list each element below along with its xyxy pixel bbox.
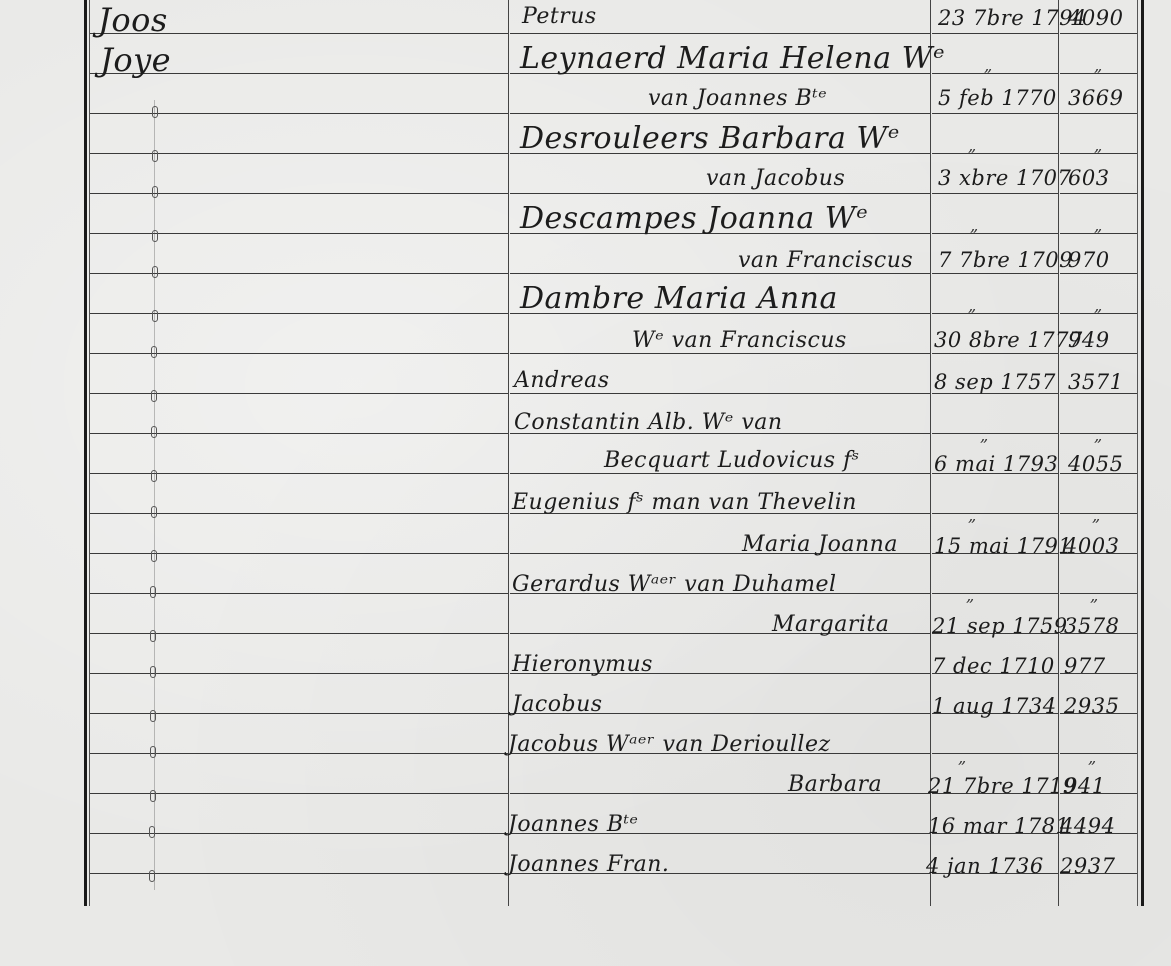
- entry-date: 1 aug 1734: [932, 696, 1057, 717]
- entry-number: 3578: [1064, 616, 1119, 637]
- name-column-divider: [508, 0, 509, 906]
- ditto-mark: [149, 826, 155, 838]
- ruled-line: [510, 113, 930, 114]
- entry-text: Barbara: [788, 774, 882, 796]
- ditto-mark: [151, 470, 157, 482]
- ditto-mark: [152, 230, 158, 242]
- ruled-line: [932, 753, 1058, 754]
- entry-number: „: [1094, 58, 1103, 74]
- entry-text: Joannes Fran.: [508, 854, 669, 876]
- register-page: Joos Joye Petrus 23 7bre 1794 4090 Leyna…: [0, 0, 1171, 966]
- ruled-line: [1060, 353, 1137, 354]
- ruled-line: [510, 273, 930, 274]
- ruled-line: [932, 113, 1058, 114]
- ruled-line: [932, 353, 1058, 354]
- ditto-mark: [152, 150, 158, 162]
- ditto-mark: [151, 426, 157, 438]
- entry-text: van Franciscus: [738, 250, 913, 272]
- ditto-mark: [151, 346, 157, 358]
- ditto-mark: [152, 106, 158, 118]
- ruled-line: [510, 393, 930, 394]
- ditto-mark: [151, 550, 157, 562]
- entry-text: Joannes Bᵗᵉ: [508, 814, 638, 836]
- entry-number: „: [1088, 750, 1097, 766]
- entry-date: „: [968, 508, 977, 524]
- ditto-mark: [150, 710, 156, 722]
- ruled-line: [932, 313, 1058, 314]
- entry-date: 7 dec 1710: [932, 656, 1055, 677]
- ditto-line: [154, 100, 155, 890]
- entry-number: „: [1090, 588, 1099, 604]
- entry-text: Becquart Ludovicus fˢ: [604, 450, 860, 472]
- entry-date: 3 xbre 1707: [938, 168, 1071, 189]
- ditto-mark: [150, 746, 156, 758]
- entry-text: Eugenius fˢ man van Thevelin: [512, 492, 857, 514]
- entry-date: „: [966, 588, 975, 604]
- number-column-divider: [1058, 0, 1059, 906]
- surname-joos: Joos: [98, 4, 168, 36]
- ruled-line: [1060, 273, 1137, 274]
- ruled-line: [510, 33, 930, 34]
- entry-text: van Jacobus: [706, 168, 845, 190]
- entry-text: Gerardus Wᵃᵉʳ van Duhamel: [512, 574, 837, 596]
- ruled-line: [510, 193, 930, 194]
- left-border-rule: [84, 0, 87, 906]
- ruled-line: [932, 193, 1058, 194]
- entry-date: 21 7bre 1719: [928, 776, 1077, 797]
- entry-number: 3571: [1068, 372, 1123, 393]
- entry-number: 977: [1064, 656, 1106, 677]
- entry-number: 2937: [1060, 856, 1115, 877]
- entry-text: Margarita: [772, 614, 889, 636]
- entry-date: „: [980, 428, 989, 444]
- ditto-mark: [150, 790, 156, 802]
- ditto-mark: [150, 586, 156, 598]
- entry-number: 2935: [1064, 696, 1119, 717]
- entry-text: Descampes Joanna Wᵉ: [520, 204, 868, 234]
- ruled-line: [932, 433, 1058, 434]
- entry-date: 7 7bre 1709: [938, 250, 1073, 271]
- ruled-line: [510, 473, 930, 474]
- entry-date: „: [970, 218, 979, 234]
- entry-date: 30 8bre 1777: [934, 330, 1083, 351]
- entry-number: 4090: [1068, 8, 1123, 29]
- entry-date: 4 jan 1736: [926, 856, 1044, 877]
- ruled-line: [932, 33, 1058, 34]
- date-column-divider: [930, 0, 931, 906]
- entry-text: Hieronymus: [512, 654, 653, 676]
- ruled-line: [932, 233, 1058, 234]
- entry-date: 15 mai 1791: [934, 536, 1072, 557]
- ditto-mark: [150, 666, 156, 678]
- entry-text: Leynaerd Maria Helena Wᵉ: [520, 44, 945, 74]
- ditto-mark: [151, 390, 157, 402]
- entry-number: 949: [1068, 330, 1110, 351]
- ruled-line: [932, 273, 1058, 274]
- entry-text: Petrus: [522, 6, 597, 28]
- entry-date: 8 sep 1757: [934, 372, 1056, 393]
- entry-text: Constantin Alb. Wᵉ van: [514, 412, 783, 434]
- entry-text: Jacobus: [512, 694, 603, 716]
- ruled-line: [932, 73, 1058, 74]
- entry-date: „: [968, 138, 977, 154]
- ruled-line: [932, 153, 1058, 154]
- entry-text: Andreas: [514, 370, 610, 392]
- left-inner-rule: [89, 0, 90, 906]
- ditto-mark: [152, 266, 158, 278]
- entry-date: „: [984, 58, 993, 74]
- entry-number: 4003: [1064, 536, 1119, 557]
- entry-date: 5 feb 1770: [938, 88, 1057, 109]
- ruled-line: [932, 513, 1058, 514]
- ditto-mark: [149, 870, 155, 882]
- entry-number: 4494: [1060, 816, 1115, 837]
- ditto-mark: [152, 186, 158, 198]
- entry-number: 970: [1068, 250, 1110, 271]
- entry-number: 941: [1064, 776, 1106, 797]
- entry-number: „: [1094, 428, 1103, 444]
- ruled-line: [1060, 753, 1137, 754]
- entry-number: „: [1094, 298, 1103, 314]
- entry-number: „: [1092, 508, 1101, 524]
- entry-date: 23 7bre 1794: [938, 8, 1087, 29]
- entry-date: „: [968, 298, 977, 314]
- ditto-mark: [151, 506, 157, 518]
- right-border-rule: [1141, 0, 1144, 906]
- entry-text: Maria Joanna: [742, 534, 898, 556]
- entry-number: 3669: [1068, 88, 1123, 109]
- entry-number: 603: [1068, 168, 1110, 189]
- ruled-line: [1060, 113, 1137, 114]
- entry-number: „: [1094, 138, 1103, 154]
- entry-text: van Joannes Bᵗᵉ: [648, 88, 827, 110]
- entry-number: 4055: [1068, 454, 1123, 475]
- ruled-line: [1060, 193, 1137, 194]
- entry-text: Dambre Maria Anna: [520, 284, 838, 314]
- entry-date: 16 mar 1781: [928, 816, 1070, 837]
- entry-date: „: [958, 750, 967, 766]
- ditto-mark: [150, 630, 156, 642]
- entry-number: „: [1094, 218, 1103, 234]
- ruled-line: [932, 593, 1058, 594]
- entry-date: 6 mai 1793: [934, 454, 1058, 475]
- ruled-line: [1060, 33, 1137, 34]
- entry-text: Desrouleers Barbara Wᵉ: [520, 124, 900, 154]
- ruled-line: [510, 353, 930, 354]
- entry-text: Jacobus Wᵃᵉʳ van Derioullez: [508, 734, 831, 756]
- right-inner-rule: [1137, 0, 1138, 906]
- surname-joye: Joye: [100, 44, 171, 76]
- entry-text: Wᵉ van Franciscus: [632, 330, 847, 352]
- ditto-mark: [152, 310, 158, 322]
- entry-date: 21 sep 1759: [932, 616, 1068, 637]
